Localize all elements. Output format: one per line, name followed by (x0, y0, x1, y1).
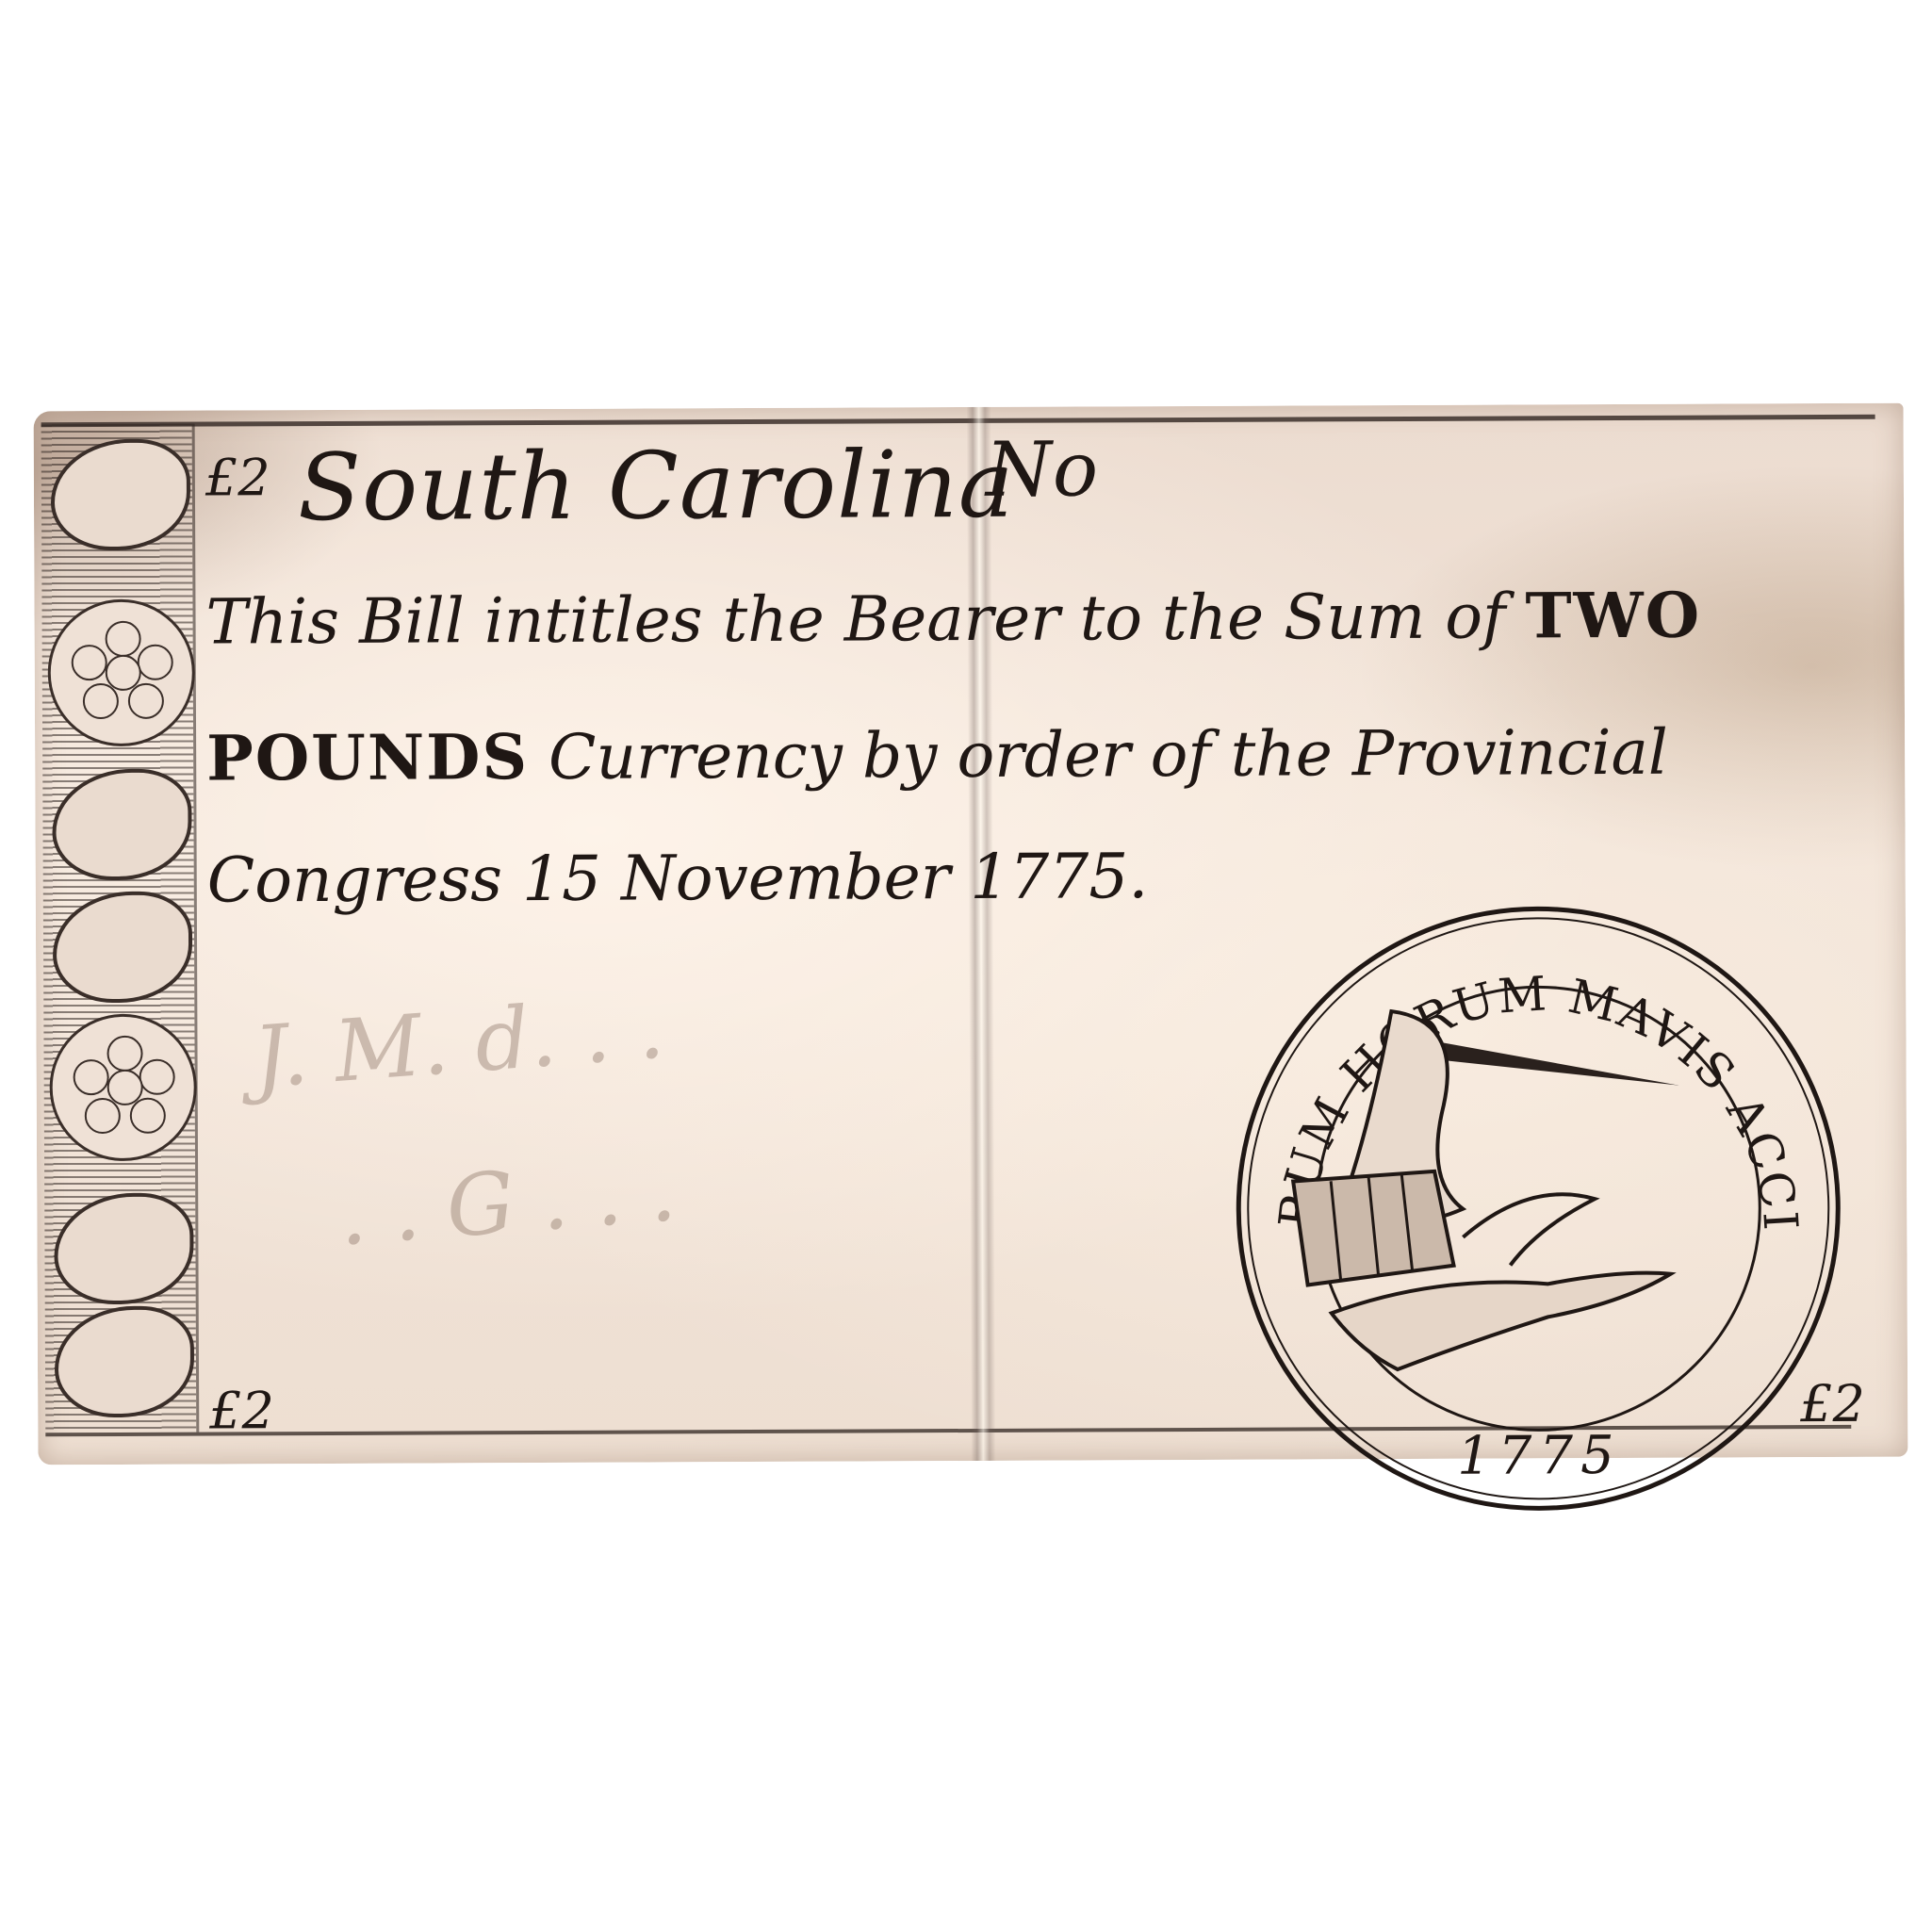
banknote: £2 South Carolina No This Bill intitles … (34, 403, 1908, 1465)
top-border-rule (41, 415, 1875, 427)
seal-medallion: UTRUM HORUM MAVIS ACCIPE 1775 (1226, 896, 1851, 1521)
amount-word-pounds: POUNDS (206, 720, 529, 794)
serial-number-label: No (986, 425, 1100, 514)
text-line-2: POUNDS Currency by order of the Provinci… (206, 715, 1668, 795)
text-line-1-script: This Bill intitles the Bearer to the Sum… (205, 581, 1505, 659)
text-line-3: Congress 15 November 1775. (207, 840, 1149, 916)
faded-signature: J. M. d. . . (250, 978, 667, 1107)
denomination-bottom-right: £2 (1800, 1374, 1865, 1433)
denomination-bottom-left: £2 (209, 1381, 274, 1440)
faded-signature: . . G . . . (336, 1141, 679, 1265)
amount-word-two: TWO (1525, 579, 1701, 653)
text-line-1: This Bill intitles the Bearer to the Sum… (205, 579, 1701, 659)
rosette-ornament (49, 1014, 197, 1162)
rosette-ornament (47, 599, 195, 747)
center-fold-crease (967, 407, 996, 1461)
seal-year: 1775 (1228, 1424, 1850, 1488)
note-title: South Carolina (298, 432, 1015, 542)
denomination-top-left: £2 (205, 448, 270, 507)
text-line-2-script: Currency by order of the Provincial (548, 716, 1668, 794)
